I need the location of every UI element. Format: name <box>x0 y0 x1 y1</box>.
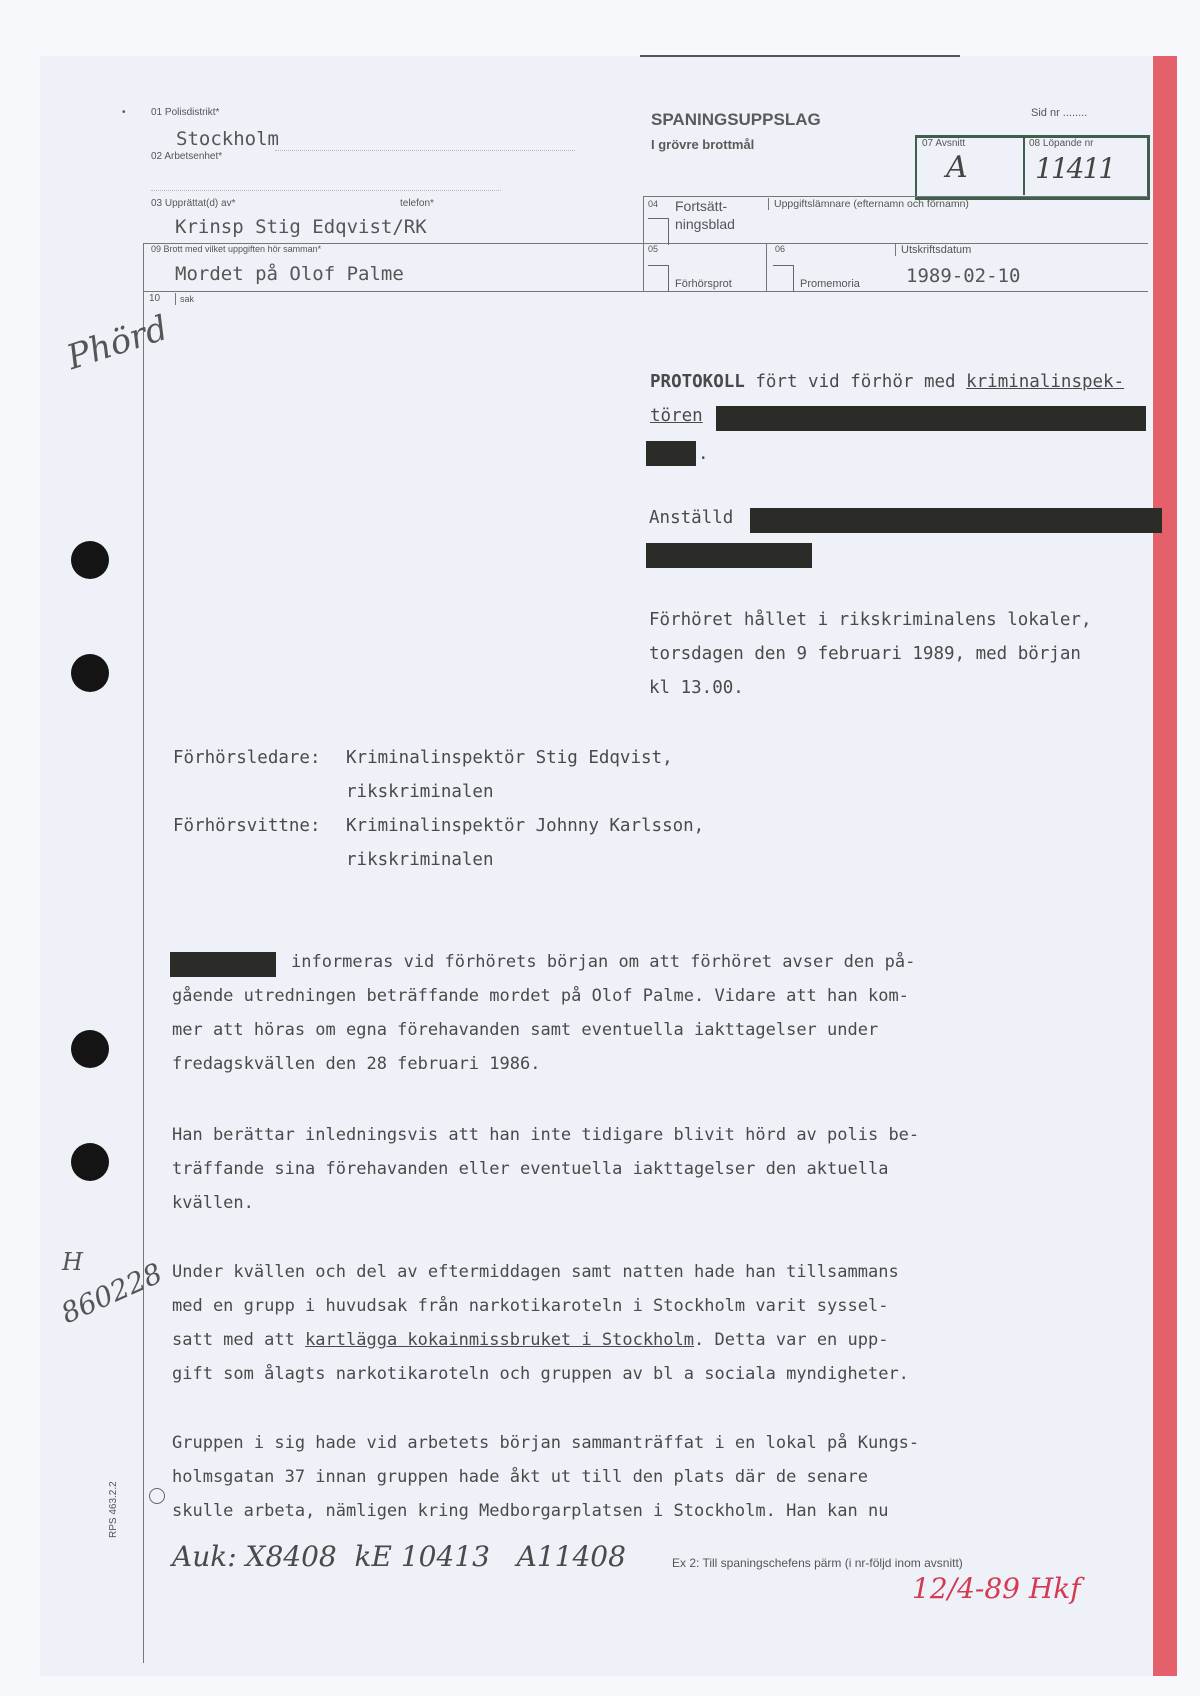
paragraph-1-line-3: mer att höras om egna förehavanden samt … <box>172 1020 878 1040</box>
field-05-label: Förhörsprot <box>675 278 732 290</box>
interrogator-unit: rikskriminalen <box>346 782 494 802</box>
punch-hole <box>71 1143 109 1181</box>
punch-hole <box>71 1030 109 1068</box>
paragraph-4-line-1: Gruppen i sig hade vid arbetets början s… <box>172 1433 919 1453</box>
informant-label: Uppgiftslämnare (efternamn och förnamn) <box>774 198 969 210</box>
field-08-label: 08 Löpande nr <box>1029 138 1094 149</box>
protocol-heading: PROTOKOLL <box>650 372 745 392</box>
redaction-bar <box>750 508 1162 533</box>
underlined-title: kriminalinspek- <box>966 372 1124 392</box>
print-date-value: 1989-02-10 <box>906 265 1020 287</box>
paragraph-3-line-1: Under kvällen och del av eftermiddagen s… <box>172 1262 899 1282</box>
held-line-2: torsdagen den 9 februari 1989, med börja… <box>649 644 1081 664</box>
field-06-label: Promemoria <box>800 278 860 290</box>
field-05-number: 05 <box>648 244 658 254</box>
handwritten-h: H <box>62 1248 83 1276</box>
witness-name: Kriminalinspektör Johnny Karlsson, <box>346 816 704 836</box>
field-10-number: 10 <box>149 293 160 304</box>
paragraph-4-line-3: skulle arbeta, nämligen kring Medborgarp… <box>172 1501 888 1521</box>
field-01-value: Stockholm <box>176 128 279 150</box>
field-09-value: Mordet på Olof Palme <box>175 263 404 285</box>
interrogator-name: Kriminalinspektör Stig Edqvist, <box>346 748 673 768</box>
witness-unit: rikskriminalen <box>346 850 494 870</box>
field-04-label-2: ningsblad <box>675 216 735 232</box>
form-subtitle: I grövre brottmål <box>651 137 754 152</box>
field-07-label: 07 Avsnitt <box>922 138 965 149</box>
paragraph-3-line-2: med en grupp i huvudsak från narkotikaro… <box>172 1296 888 1316</box>
paragraph-1-line-1: informeras vid förhörets början om att f… <box>291 952 915 972</box>
form-code: RPS 463.2.2 <box>108 1481 119 1538</box>
field-06-number: 06 <box>775 244 785 254</box>
redaction-bar <box>646 441 696 466</box>
left-margin-rule <box>143 243 144 1663</box>
witness-role: Förhörsvittne: <box>173 816 321 836</box>
copy-note: Ex 2: Till spaningschefens pärm (i nr-fö… <box>672 1556 963 1570</box>
field-07-value: A <box>946 150 968 185</box>
held-line-3: kl 13.00. <box>649 678 744 698</box>
paragraph-3-line-4: gift som ålagts narkotikaroteln och grup… <box>172 1364 909 1384</box>
print-date-label: Utskriftsdatum <box>901 244 971 256</box>
paragraph-3-line-3: satt med att kartlägga kokainmissbruket … <box>172 1330 888 1350</box>
paragraph-2-line-3: kvällen. <box>172 1193 254 1213</box>
redaction-bar <box>646 543 812 568</box>
field-01-label: 01 Polisdistrikt* <box>151 107 219 118</box>
field-03-value: Krinsp Stig Edqvist/RK <box>175 216 427 238</box>
held-line-1: Förhöret hållet i rikskriminalens lokale… <box>649 610 1092 630</box>
paragraph-2-line-2: träffande sina förehavanden eller eventu… <box>172 1159 888 1179</box>
page-number-label: Sid nr ........ <box>1031 107 1087 119</box>
field-03-label: 03 Upprättat(d) av* <box>151 198 236 209</box>
punch-hole <box>71 541 109 579</box>
field-09-label: 09 Brott med vilket uppgiften hör samman… <box>151 244 321 254</box>
protocol-line-2: tören <box>650 406 703 426</box>
field-10-label: sak <box>180 294 194 304</box>
redaction-bar <box>716 406 1146 431</box>
field-04-label-1: Fortsätt- <box>675 198 727 214</box>
telefon-label: telefon* <box>400 198 434 209</box>
paragraph-4-line-2: holmsgatan 37 innan gruppen hade åkt ut … <box>172 1467 868 1487</box>
redaction-bar <box>170 952 276 977</box>
field-02-label: 02 Arbetsenhet* <box>151 151 222 162</box>
handwritten-signature: 12/4-89 Hkf <box>912 1572 1081 1605</box>
top-edge-line <box>640 55 960 57</box>
punch-hole <box>71 654 109 692</box>
paragraph-2-line-1: Han berättar inledningsvis att han inte … <box>172 1125 919 1145</box>
paragraph-1-line-4: fredagskvällen den 28 februari 1986. <box>172 1054 540 1074</box>
underlined-phrase: kartlägga kokainmissbruket i Stockholm <box>305 1330 694 1350</box>
interrogator-role: Förhörsledare: <box>173 748 321 768</box>
interrogation-protocol-checkbox[interactable] <box>648 265 669 292</box>
memorandum-checkbox[interactable] <box>773 265 794 292</box>
handwritten-references: Auk: X8408 kE 10413 A11408 <box>172 1540 626 1573</box>
field-08-value: 11411 <box>1035 152 1114 185</box>
circle-mark <box>149 1488 165 1504</box>
red-margin-bar <box>1153 56 1177 1676</box>
paragraph-1-line-2: gående utredningen beträffande mordet på… <box>172 986 909 1006</box>
employed-label: Anställd <box>649 508 733 528</box>
form-title: SPANINGSUPPSLAG <box>651 110 821 130</box>
continuation-sheet-checkbox[interactable] <box>648 218 669 245</box>
field-04-number: 04 <box>648 199 658 209</box>
